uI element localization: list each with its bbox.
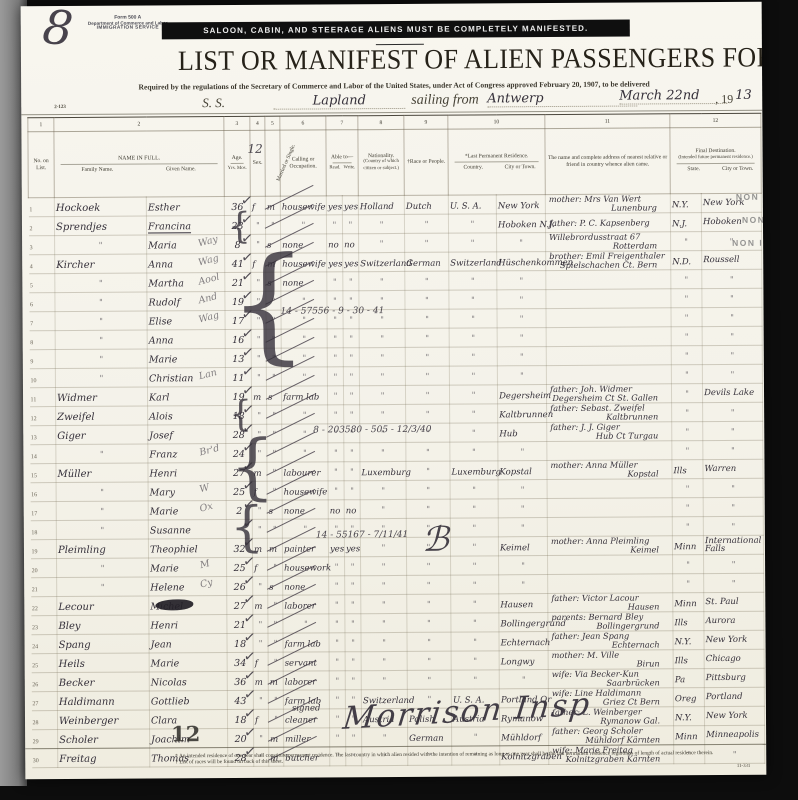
cell-no: 14	[30, 445, 56, 464]
check-mark: ✓	[243, 686, 257, 704]
cell-rel: father: J. J. GigerHub Ct Turgau	[547, 422, 672, 442]
cell-family: Freitag	[58, 748, 150, 768]
ditto-mark: "	[704, 407, 761, 416]
cell-nat: "	[360, 385, 406, 404]
cell-city: "	[499, 556, 548, 575]
entry-state: Ills	[674, 618, 687, 628]
cell-family: "	[55, 311, 147, 331]
cell-race: "	[407, 670, 451, 689]
ditto-mark: "	[361, 333, 404, 342]
ditto-mark: "	[673, 332, 701, 341]
cell-write: "	[345, 576, 361, 595]
manifest-table: 1 2 3 4 5 6 7 8 9 10 11 12 No. on List.	[27, 113, 765, 768]
entry-sex: f	[255, 659, 258, 669]
ditto-mark: "	[499, 314, 545, 323]
entry-dest: Roussell	[703, 256, 760, 264]
row-number: 20	[32, 568, 38, 574]
cell-race: "	[405, 328, 449, 347]
cell-race: "	[405, 309, 449, 328]
cell-rel	[546, 365, 671, 385]
ditto-mark: "	[704, 426, 761, 435]
cell-country: "	[450, 442, 498, 461]
entry-given: Anna	[148, 259, 173, 270]
ditto-mark: "	[453, 637, 498, 646]
cell-nat: "	[361, 556, 407, 575]
cell-state: "	[672, 479, 703, 498]
ditto-mark: "	[452, 504, 497, 513]
ditto-mark: "	[58, 506, 147, 516]
cell-write: "	[343, 310, 359, 329]
sailing-from-label: sailing from	[411, 92, 479, 108]
ditto-mark: "	[346, 486, 359, 495]
cell-family: Becker	[57, 672, 149, 692]
entry-sex: f	[254, 564, 257, 574]
entry-city: New York	[498, 201, 540, 211]
ditto-mark: "	[408, 618, 449, 627]
col-nationality: Nationality. (Country of which citizen o…	[358, 129, 404, 195]
cell-race: "	[405, 290, 449, 309]
cell-no: 4	[29, 255, 55, 274]
entry-country: Luxemburg	[452, 467, 501, 477]
cell-nat: "	[359, 290, 405, 309]
entry-state: Oreg	[675, 694, 697, 704]
ditto-mark: "	[452, 523, 497, 532]
entry-given: Susanne	[150, 525, 191, 536]
cell-occ: housewife	[280, 196, 326, 215]
ditto-mark: "	[330, 486, 343, 495]
ditto-mark: "	[704, 350, 761, 359]
cell-country: "	[449, 328, 497, 347]
ditto-mark: "	[252, 296, 264, 305]
ditto-mark: "	[255, 638, 267, 647]
ditto-mark: "	[408, 485, 449, 494]
check-mark: ✓	[240, 249, 254, 267]
ditto-mark: "	[500, 580, 546, 589]
cell-write: "	[345, 652, 361, 671]
check-mark: ✓	[241, 420, 255, 438]
ditto-mark: "	[451, 333, 496, 342]
check-mark: ✓	[241, 344, 255, 362]
cell-nat: "	[360, 499, 406, 518]
entry-city: Keimel	[500, 543, 530, 553]
cell-race: "	[405, 233, 449, 252]
row-number: 19	[31, 549, 37, 555]
ditto-mark: "	[329, 429, 342, 438]
cell-dest: "	[703, 440, 763, 459]
entry-country: Switzerland	[450, 258, 502, 268]
ditto-mark: "	[345, 467, 358, 476]
ditto-mark: "	[58, 487, 147, 497]
cell-no: 8	[29, 331, 55, 350]
cell-rel: father: Jean SpangEchternach	[548, 631, 673, 651]
col-given-name: Given Name.	[139, 166, 223, 173]
cell-given: Gottlieb	[149, 691, 227, 710]
cell-write: "	[344, 424, 360, 443]
check-mark: ✓	[240, 287, 254, 305]
cell-dest: Warren	[703, 459, 763, 478]
read-label: Read.	[328, 165, 343, 171]
cell-city: "	[498, 518, 547, 537]
ditto-mark: "	[704, 445, 761, 454]
cell-dest: "	[703, 478, 763, 497]
colnum-5: 5	[265, 116, 280, 130]
cell-country: "	[449, 385, 497, 404]
entry-sex: m	[254, 602, 262, 612]
cell-dest: Minneapolis	[705, 725, 765, 744]
cell-city: Hub	[498, 423, 547, 442]
ditto-mark: "	[330, 524, 343, 533]
check-mark: ✓	[241, 382, 255, 400]
ditto-mark: "	[361, 390, 404, 399]
cell-no: 2	[28, 217, 54, 236]
ditto-mark: "	[329, 467, 342, 476]
ditto-mark: "	[451, 409, 496, 418]
entry-dest: Hoboken	[703, 218, 760, 226]
entry-race: German	[406, 259, 441, 269]
cell-no: 5	[29, 274, 55, 293]
cell-dest: New York	[704, 706, 764, 725]
check-mark: ✓	[243, 648, 257, 666]
ditto-mark: "	[253, 372, 265, 381]
relative-line2: Hausen	[549, 602, 671, 611]
entry-given: Jean	[151, 639, 172, 650]
entry-city: Hub	[499, 429, 517, 439]
ditto-mark: "	[252, 277, 264, 286]
ditto-mark: "	[672, 294, 700, 303]
ditto-mark: "	[361, 428, 404, 437]
cell-write: "	[343, 386, 359, 405]
ditto-mark: "	[407, 390, 448, 399]
cell-occ: "	[282, 424, 328, 443]
page-title: LIST OR MANIFEST OF ALIEN PASSENGERS FOR…	[178, 40, 766, 77]
cell-occ: servant	[283, 652, 329, 671]
entry-dest: Minneapolis	[706, 731, 763, 739]
ditto-mark: "	[362, 542, 405, 551]
entry-city: Degersheim	[499, 391, 551, 401]
ditto-mark: "	[330, 600, 343, 609]
ditto-mark: "	[331, 695, 344, 704]
cell-country: "	[449, 271, 497, 290]
cell-no: 15	[30, 464, 56, 483]
cell-no: 1	[28, 198, 54, 217]
cell-country: "	[451, 594, 499, 613]
cell-city: "	[497, 366, 546, 385]
nationality-sub-label: (Country of which citizen or subject.)	[360, 159, 403, 172]
cell-dest: International Falls	[703, 535, 763, 554]
ditto-mark: "	[331, 676, 344, 685]
cell-read: "	[327, 367, 343, 386]
ss-label: S. S.	[202, 95, 225, 111]
cell-race: "	[406, 499, 450, 518]
cell-no: 9	[29, 350, 55, 369]
colnum-11: 11	[545, 114, 670, 129]
cell-state: "	[671, 384, 702, 403]
ditto-mark: "	[360, 276, 403, 285]
entry-family: Giger	[57, 431, 85, 442]
entry-state: Minn	[674, 542, 696, 552]
cell-city: "	[499, 670, 548, 689]
cell-no: 27	[31, 692, 57, 711]
ditto-mark: "	[346, 562, 359, 571]
cell-nat: "	[359, 347, 405, 366]
check-mark: ✓	[240, 192, 254, 210]
check-mark: ✓	[243, 705, 257, 723]
ditto-mark: "	[451, 390, 496, 399]
cell-family: Müller	[56, 463, 148, 483]
entry-given: Gottlieb	[151, 696, 190, 707]
cell-rel: brother: Emil FreigenthalerSpielschachen…	[546, 251, 671, 271]
ditto-mark: "	[408, 504, 449, 513]
entry-state: Ills	[675, 656, 688, 666]
ditto-mark: "	[500, 504, 546, 513]
entry-family: Lecour	[58, 602, 93, 613]
ditto-mark: "	[360, 295, 403, 304]
colnum-6: 6	[280, 116, 326, 130]
cell-write: "	[345, 671, 361, 690]
col-sex: Sex.	[250, 130, 265, 196]
ditto-mark: "	[360, 238, 403, 247]
entry-family: Weinberger	[59, 716, 118, 727]
cell-rel: mother: Anna MüllerKopstal	[547, 460, 672, 480]
entry-given: Henri	[150, 620, 178, 631]
cell-no: 16	[30, 483, 56, 502]
cell-state: Minn	[672, 536, 703, 555]
inspector-scribble: W	[198, 482, 210, 495]
entry-city: Echternach	[501, 638, 551, 648]
cell-nat: "	[360, 518, 406, 537]
cell-city: "	[498, 499, 547, 518]
colnum-10: 10	[448, 115, 545, 130]
cell-city: Hausen	[499, 594, 548, 613]
footnotes: * An intended residence of one year shal…	[175, 750, 750, 772]
cell-occ: none	[281, 234, 327, 253]
cell-country: "	[451, 613, 499, 632]
cell-state: N.Y.	[673, 707, 704, 726]
ditto-mark: "	[451, 314, 496, 323]
ditto-mark: "	[345, 334, 358, 343]
cell-state: N.Y.	[673, 631, 704, 650]
cell-state: Oreg	[673, 688, 704, 707]
ditto-mark: "	[673, 389, 701, 398]
entry-given: Maria	[148, 240, 177, 251]
row-number: 15	[31, 473, 37, 479]
cell-read: yes	[328, 538, 344, 557]
cell-occ: labourer	[282, 462, 328, 481]
ditto-mark: "	[56, 240, 145, 250]
colnum-12: 12	[670, 113, 761, 128]
cell-city: "	[497, 347, 546, 366]
cell-given: Francina	[146, 216, 224, 235]
ditto-mark: "	[406, 219, 447, 228]
ditto-mark: "	[406, 295, 447, 304]
ditto-mark: "	[409, 675, 450, 684]
cell-family: Lecour	[57, 596, 149, 616]
check-mark: ✓	[241, 439, 255, 457]
cell-city: "	[497, 290, 546, 309]
ditto-mark: "	[330, 619, 343, 628]
ditto-mark: "	[362, 485, 405, 494]
port-name: Antwerp	[487, 91, 637, 108]
city-label: City or Town.	[497, 164, 544, 171]
cell-write: "	[343, 291, 359, 310]
ditto-mark: "	[450, 238, 495, 247]
cell-race: "	[407, 613, 451, 632]
yrs-mos-label: Yrs. Mos.	[226, 166, 249, 173]
ditto-mark: "	[347, 638, 360, 647]
cell-no: 3	[29, 236, 55, 255]
ditto-mark: "	[673, 370, 701, 379]
manifest-rows: 1HockoekEsther36f✓mhousewifeyesyesHollan…	[28, 193, 764, 767]
cell-occ: none	[283, 576, 329, 595]
cell-read: "	[327, 310, 343, 329]
cell-dest: Aurora	[704, 611, 764, 630]
entry-family: Spang	[59, 640, 91, 651]
cell-nat: "	[361, 613, 407, 632]
ditto-mark: "	[328, 277, 341, 286]
entry-read: no	[328, 240, 339, 250]
cell-state: "	[671, 232, 702, 251]
relative-line2: Keimel	[549, 545, 671, 554]
ditto-mark: "	[673, 408, 701, 417]
ditto-mark: "	[450, 276, 495, 285]
cell-read: "	[329, 690, 345, 709]
cell-family: Weinberger	[57, 710, 149, 730]
cell-city: Bollingergrund	[499, 613, 548, 632]
entry-family: Scholer	[59, 735, 98, 746]
cell-family: Spang	[57, 634, 149, 654]
ink-blot	[155, 599, 193, 610]
entry-dest: New York	[703, 199, 760, 207]
cell-rel: father: Georg ScholerMühldorf Kärnten	[549, 726, 674, 746]
entry-family: Pleimling	[58, 545, 106, 556]
cell-family: Pleimling	[56, 539, 148, 559]
entry-race: German	[409, 734, 444, 744]
ditto-mark: "	[501, 675, 547, 684]
cell-no: 10	[29, 369, 55, 388]
cell-no: 13	[30, 426, 56, 445]
cell-write: "	[343, 329, 359, 348]
header-divider	[61, 163, 218, 165]
check-mark: ✓	[240, 306, 254, 324]
cell-read: yes	[326, 196, 342, 215]
cell-country: "	[449, 290, 497, 309]
entry-given: Esther	[148, 202, 180, 213]
ditto-mark: "	[452, 542, 497, 551]
cell-write: "	[344, 405, 360, 424]
entry-family: Zweifel	[57, 412, 95, 423]
cell-city: "	[498, 480, 547, 499]
ditto-mark: "	[672, 275, 700, 284]
check-mark: ✓	[240, 268, 254, 286]
ditto-mark: "	[346, 600, 359, 609]
row-number: 4	[30, 264, 33, 270]
ditto-mark: "	[453, 656, 498, 665]
relative-line2: Birun	[550, 659, 672, 668]
check-mark: ✓	[242, 534, 256, 552]
colnum-3: 3	[224, 116, 250, 130]
cell-nat: "	[360, 537, 406, 556]
cell-rel: mother: Anna PleimlingKeimel	[547, 536, 672, 556]
cell-city: Echternach	[499, 632, 548, 651]
entry-sex: m	[253, 469, 261, 479]
entry-given: Elise	[149, 316, 173, 327]
cell-occ: none	[282, 500, 328, 519]
col-relative: The name and complete address of nearest…	[545, 128, 670, 195]
cell-country: "	[449, 233, 497, 252]
row-number: 21	[32, 587, 38, 593]
cell-family: "	[55, 368, 147, 388]
cell-given: Susanne	[148, 520, 226, 539]
header-divider	[677, 163, 755, 164]
cell-given: Karl	[147, 387, 225, 406]
entry-write: yes	[346, 544, 360, 554]
ditto-mark: "	[253, 448, 265, 457]
cell-family: "	[56, 520, 148, 540]
cell-dest: Chicago	[704, 649, 764, 668]
cell-dest: "	[702, 288, 762, 307]
check-mark: ✓	[242, 629, 256, 647]
cell-city: "	[497, 328, 546, 347]
cell-race: "	[406, 480, 450, 499]
ditto-mark: "	[56, 297, 145, 307]
cell-country: "	[450, 537, 498, 556]
col-age: Age. Yrs. Mos.	[224, 130, 250, 196]
ditto-mark: "	[329, 391, 342, 400]
cell-race: "	[407, 575, 451, 594]
ditto-mark: "	[674, 503, 702, 512]
ditto-mark: "	[499, 371, 545, 380]
sheet-code: 2-123	[54, 105, 66, 110]
ditto-mark: "	[408, 580, 449, 589]
check-mark: ✓	[242, 477, 256, 495]
cell-dest: Hoboken	[701, 212, 761, 231]
colnum-8: 8	[358, 115, 404, 129]
manifest-sheet: 8 Form 500 A Department of Commerce and …	[21, 2, 767, 780]
cell-nat: "	[361, 651, 407, 670]
cell-no: 17	[30, 502, 56, 521]
cell-dest: St. Paul	[704, 592, 764, 611]
cell-state: "	[671, 289, 702, 308]
final-destination-sub-label: (Intended future permanent residence.)	[672, 155, 760, 162]
cell-family: "	[55, 349, 147, 369]
ditto-mark: "	[345, 353, 358, 362]
cell-family: Haldimann	[57, 691, 149, 711]
ditto-mark: "	[253, 353, 265, 362]
relative-line2: Echternach	[550, 640, 672, 649]
cell-nat: "	[360, 423, 406, 442]
entry-state: N.Y.	[675, 637, 692, 647]
colnum-2: 2	[54, 117, 224, 132]
cell-country: "	[449, 347, 497, 366]
cell-family: "	[55, 235, 147, 255]
relative-line2: Kaltbrunnen	[548, 412, 670, 421]
cell-rel	[546, 346, 671, 366]
cell-race: German	[405, 252, 449, 271]
entry-given: Alois	[149, 411, 173, 422]
cell-state: "	[671, 365, 702, 384]
ditto-mark: "	[705, 559, 762, 568]
entry-sex: m	[254, 545, 262, 555]
able-to-label: Able to—	[328, 154, 357, 161]
cell-race: "	[406, 385, 450, 404]
ditto-mark: "	[330, 581, 343, 590]
ditto-mark: "	[252, 239, 264, 248]
sheet-number-handwritten: 8	[40, 3, 75, 56]
cell-rel: wife: Via Becker-KunSaarbrücken	[548, 669, 673, 689]
cell-race: "	[406, 518, 450, 537]
cell-family: Scholer	[58, 729, 150, 749]
ditto-mark: "	[361, 314, 404, 323]
